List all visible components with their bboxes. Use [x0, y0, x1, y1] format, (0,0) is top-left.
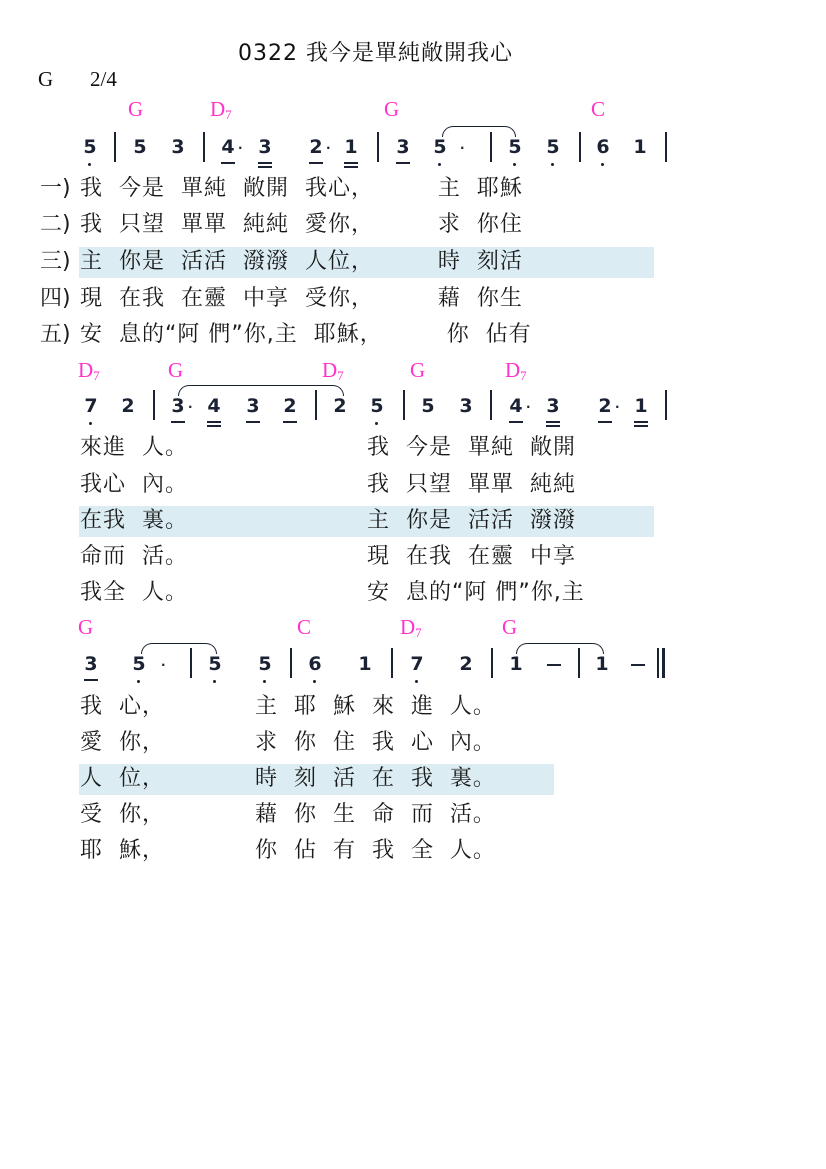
augmentation-dot: · — [326, 141, 331, 155]
note: 5 — [420, 397, 436, 416]
note: 2 — [458, 655, 474, 674]
chord-symbol: C — [297, 617, 311, 638]
barline — [290, 648, 292, 678]
barline — [579, 132, 581, 162]
barline — [490, 132, 492, 162]
final-barline-thin — [657, 648, 659, 678]
lyric-line: 人 位， — [80, 768, 165, 790]
chord-symbol: G — [168, 360, 183, 381]
note: 4 — [508, 397, 524, 416]
barline — [203, 132, 205, 162]
note: 7 — [409, 655, 425, 674]
lyric-line: 我 今是 單純 敞開 我心， 主 耶穌 — [80, 178, 523, 200]
lyric-line: 我 只望 單單 純純 愛你， 求 你住 — [80, 214, 523, 236]
barline — [114, 132, 116, 162]
barline — [315, 390, 317, 420]
lyric-line: 愛 你， — [80, 732, 165, 754]
augmentation-dot: · — [615, 400, 620, 414]
note: 1 — [508, 655, 524, 674]
lyric-line: 我心 內。 — [80, 474, 188, 496]
barline — [491, 648, 493, 678]
lyric-line: 主 你是 活活 潑潑 人位， 時 刻活 — [80, 251, 523, 273]
chord-symbol: G — [78, 617, 93, 638]
lyric-line: 我 只望 單單 純純 — [367, 474, 576, 496]
verse-label: 五) — [40, 324, 71, 346]
note: 7 — [83, 397, 99, 416]
note: 1 — [632, 138, 648, 157]
tie — [442, 126, 516, 137]
augmentation-dot: · — [460, 141, 465, 155]
note: 4 — [206, 397, 222, 416]
sustain-dash — [547, 664, 561, 666]
note: 2 — [120, 397, 136, 416]
barline — [403, 390, 405, 420]
lyric-line: 藉 你 生 命 而 活。 — [255, 804, 496, 826]
note: 5 — [545, 138, 561, 157]
note: 2 — [597, 397, 613, 416]
chord-symbol: G — [410, 360, 425, 381]
lyric-line: 我全 人。 — [80, 582, 188, 604]
verse-label: 三) — [40, 251, 71, 273]
note: 1 — [633, 397, 649, 416]
augmentation-dot: · — [238, 141, 243, 155]
lyric-line: 現 在我 在靈 中享 受你， 藉 你生 — [80, 288, 523, 310]
lyric-line: 安 息的“阿 們”你,主 — [367, 582, 585, 604]
chord-symbol: D7 — [505, 360, 527, 382]
tie — [178, 385, 344, 396]
note: 2 — [308, 138, 324, 157]
lyric-line: 我 今是 單純 敞開 — [367, 437, 576, 459]
chord-symbol: D7 — [322, 360, 344, 382]
augmentation-dot: · — [526, 400, 531, 414]
note: 5 — [82, 138, 98, 157]
note: 3 — [257, 138, 273, 157]
note: 5 — [131, 655, 147, 674]
note: 6 — [595, 138, 611, 157]
chord-symbol: G — [502, 617, 517, 638]
note: 3 — [545, 397, 561, 416]
barline — [190, 648, 192, 678]
lyric-line: 時 刻 活 在 我 裏。 — [255, 768, 496, 790]
lyric-line: 受 你， — [80, 804, 165, 826]
note: 1 — [357, 655, 373, 674]
barline — [665, 390, 667, 420]
note: 3 — [245, 397, 261, 416]
note: 2 — [332, 397, 348, 416]
note: 6 — [307, 655, 323, 674]
tie — [141, 643, 217, 654]
lyric-line: 求 你 住 我 心 內。 — [255, 732, 496, 754]
note: 5 — [432, 138, 448, 157]
barline — [578, 648, 580, 678]
lyric-line: 安 息的“阿 們”你,主 耶穌， 你 佔有 — [80, 324, 532, 346]
augmentation-dot: · — [161, 658, 166, 672]
verse-label: 四) — [40, 288, 71, 310]
time-signature: 2/4 — [90, 67, 117, 92]
note: 4 — [220, 138, 236, 157]
note: 3 — [170, 138, 186, 157]
verse-label: 一) — [40, 178, 71, 200]
barline — [153, 390, 155, 420]
tie — [516, 643, 604, 654]
note: 5 — [207, 655, 223, 674]
note: 1 — [594, 655, 610, 674]
lyric-line: 耶 穌， — [80, 840, 165, 862]
chord-symbol: D7 — [400, 617, 422, 639]
chord-symbol: D7 — [78, 360, 100, 382]
note: 5 — [132, 138, 148, 157]
sustain-dash — [631, 664, 645, 666]
note: 3 — [83, 655, 99, 674]
chord-symbol: G — [384, 99, 399, 120]
barline — [391, 648, 393, 678]
lyric-line: 你 佔 有 我 全 人。 — [255, 840, 496, 862]
lyric-line: 主 你是 活活 潑潑 — [367, 510, 576, 532]
barline — [490, 390, 492, 420]
note: 1 — [343, 138, 359, 157]
note: 5 — [257, 655, 273, 674]
song-title: 0322 我今是單純敞開我心 — [238, 36, 513, 67]
key-signature: G — [38, 67, 53, 92]
note: 3 — [170, 397, 186, 416]
chord-symbol: D7 — [210, 99, 232, 121]
lyric-line: 現 在我 在靈 中享 — [367, 546, 576, 568]
lyric-line: 命而 活。 — [80, 546, 188, 568]
note: 5 — [507, 138, 523, 157]
chord-symbol: C — [591, 99, 605, 120]
augmentation-dot: · — [188, 400, 193, 414]
barline — [665, 132, 667, 162]
note: 3 — [395, 138, 411, 157]
lyric-line: 我 心， — [80, 696, 165, 718]
lyric-line: 在我 裏。 — [80, 510, 188, 532]
lyric-line: 來進 人。 — [80, 437, 188, 459]
note: 2 — [282, 397, 298, 416]
final-barline-thick — [662, 648, 665, 678]
lyric-line: 主 耶 穌 來 進 人。 — [255, 696, 496, 718]
note: 3 — [458, 397, 474, 416]
barline — [377, 132, 379, 162]
verse-label: 二) — [40, 214, 71, 236]
chord-symbol: G — [128, 99, 143, 120]
note: 5 — [369, 397, 385, 416]
